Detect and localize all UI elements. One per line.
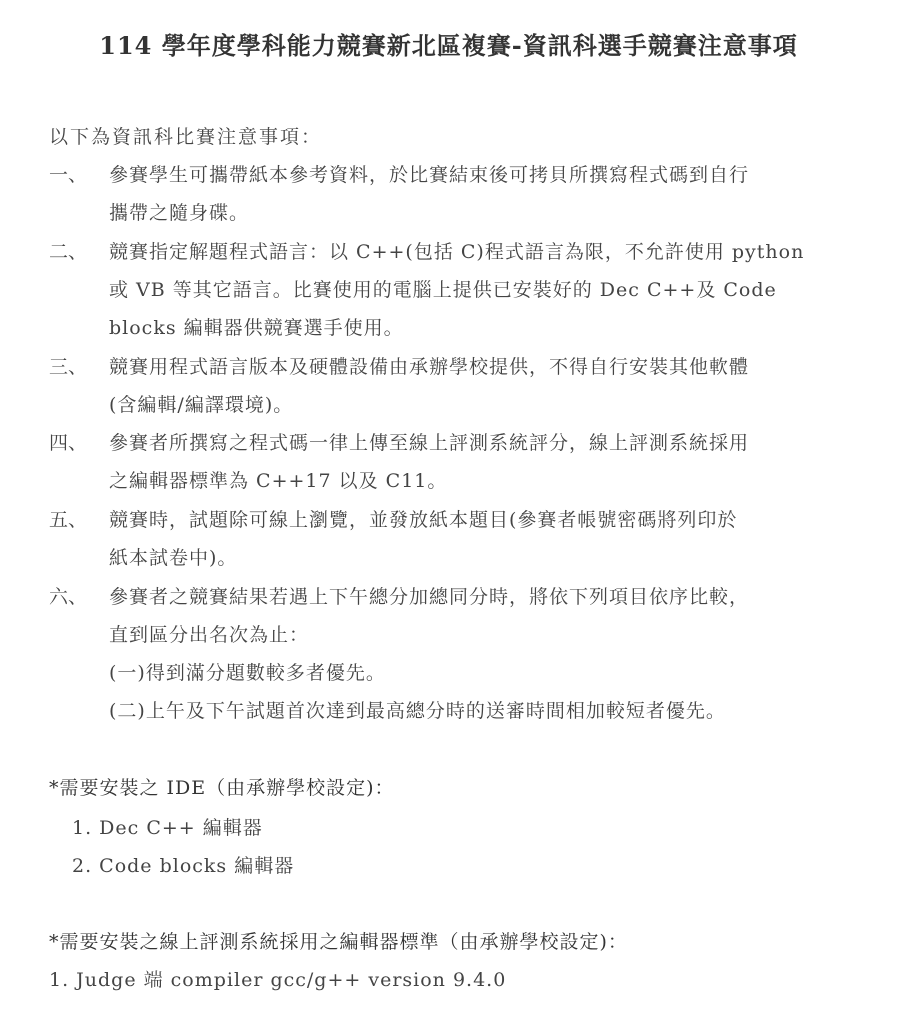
judge-section-heading: *需要安裝之線上評測系統採用之編輯器標準（由承辦學校設定)： <box>49 927 628 954</box>
rule-line: (含編輯/編譯環境)。 <box>109 390 293 417</box>
rule-subitem: (一)得到滿分題數較多者優先。 <box>109 658 386 685</box>
rule-number: 六、 <box>49 582 87 609</box>
rule-number: 五、 <box>49 505 87 532</box>
ide-section-heading: *需要安裝之 IDE（由承辦學校設定)： <box>49 773 395 800</box>
rule-line: 或 VB 等其它語言。比賽使用的電腦上提供已安裝好的 Dec C++及 Code <box>109 275 777 302</box>
rule-line: 之編輯器標準為 C++17 以及 C11。 <box>109 466 447 493</box>
rule-line: 參賽者之競賽結果若遇上下午總分加總同分時，將依下列項目依序比較， <box>109 582 749 609</box>
rule-line: 攜帶之隨身碟。 <box>109 198 249 225</box>
intro-text: 以下為資訊科比賽注意事項： <box>49 122 322 149</box>
rule-number: 一、 <box>49 160 87 187</box>
rule-number: 四、 <box>49 428 87 455</box>
rule-line: 直到區分出名次為止： <box>109 620 309 647</box>
rule-line: 參賽者所撰寫之程式碼一律上傳至線上評測系統評分，線上評測系統採用 <box>109 428 749 455</box>
rule-line: 紙本試卷中)。 <box>109 543 237 570</box>
document-title: 114 學年度學科能力競賽新北區複賽-資訊科選手競賽注意事項 <box>0 26 897 61</box>
rule-line: 競賽時，試題除可線上瀏覽，並發放紙本題目(參賽者帳號密碼將列印於 <box>109 505 737 532</box>
rule-line: 競賽指定解題程式語言：以 C++(包括 C)程式語言為限，不允許使用 pytho… <box>109 237 804 264</box>
rule-number: 三、 <box>49 352 87 379</box>
rule-subitem: (二)上午及下午試題首次達到最高總分時的送審時間相加較短者優先。 <box>109 696 726 723</box>
rule-number: 二、 <box>49 237 87 264</box>
judge-compiler-item: 1. Judge 端 compiler gcc/g++ version 9.4.… <box>49 965 506 992</box>
ide-item-code-blocks: 2. Code blocks 編輯器 <box>72 851 294 878</box>
rule-line: 參賽學生可攜帶紙本參考資料，於比賽結束後可拷貝所撰寫程式碼到自行 <box>109 160 749 187</box>
rule-line: 競賽用程式語言版本及硬體設備由承辦學校提供，不得自行安裝其他軟體 <box>109 352 749 379</box>
rule-line: blocks 編輯器供競賽選手使用。 <box>109 313 404 340</box>
ide-item-dev-cpp: 1. Dec C++ 編輯器 <box>72 813 263 840</box>
